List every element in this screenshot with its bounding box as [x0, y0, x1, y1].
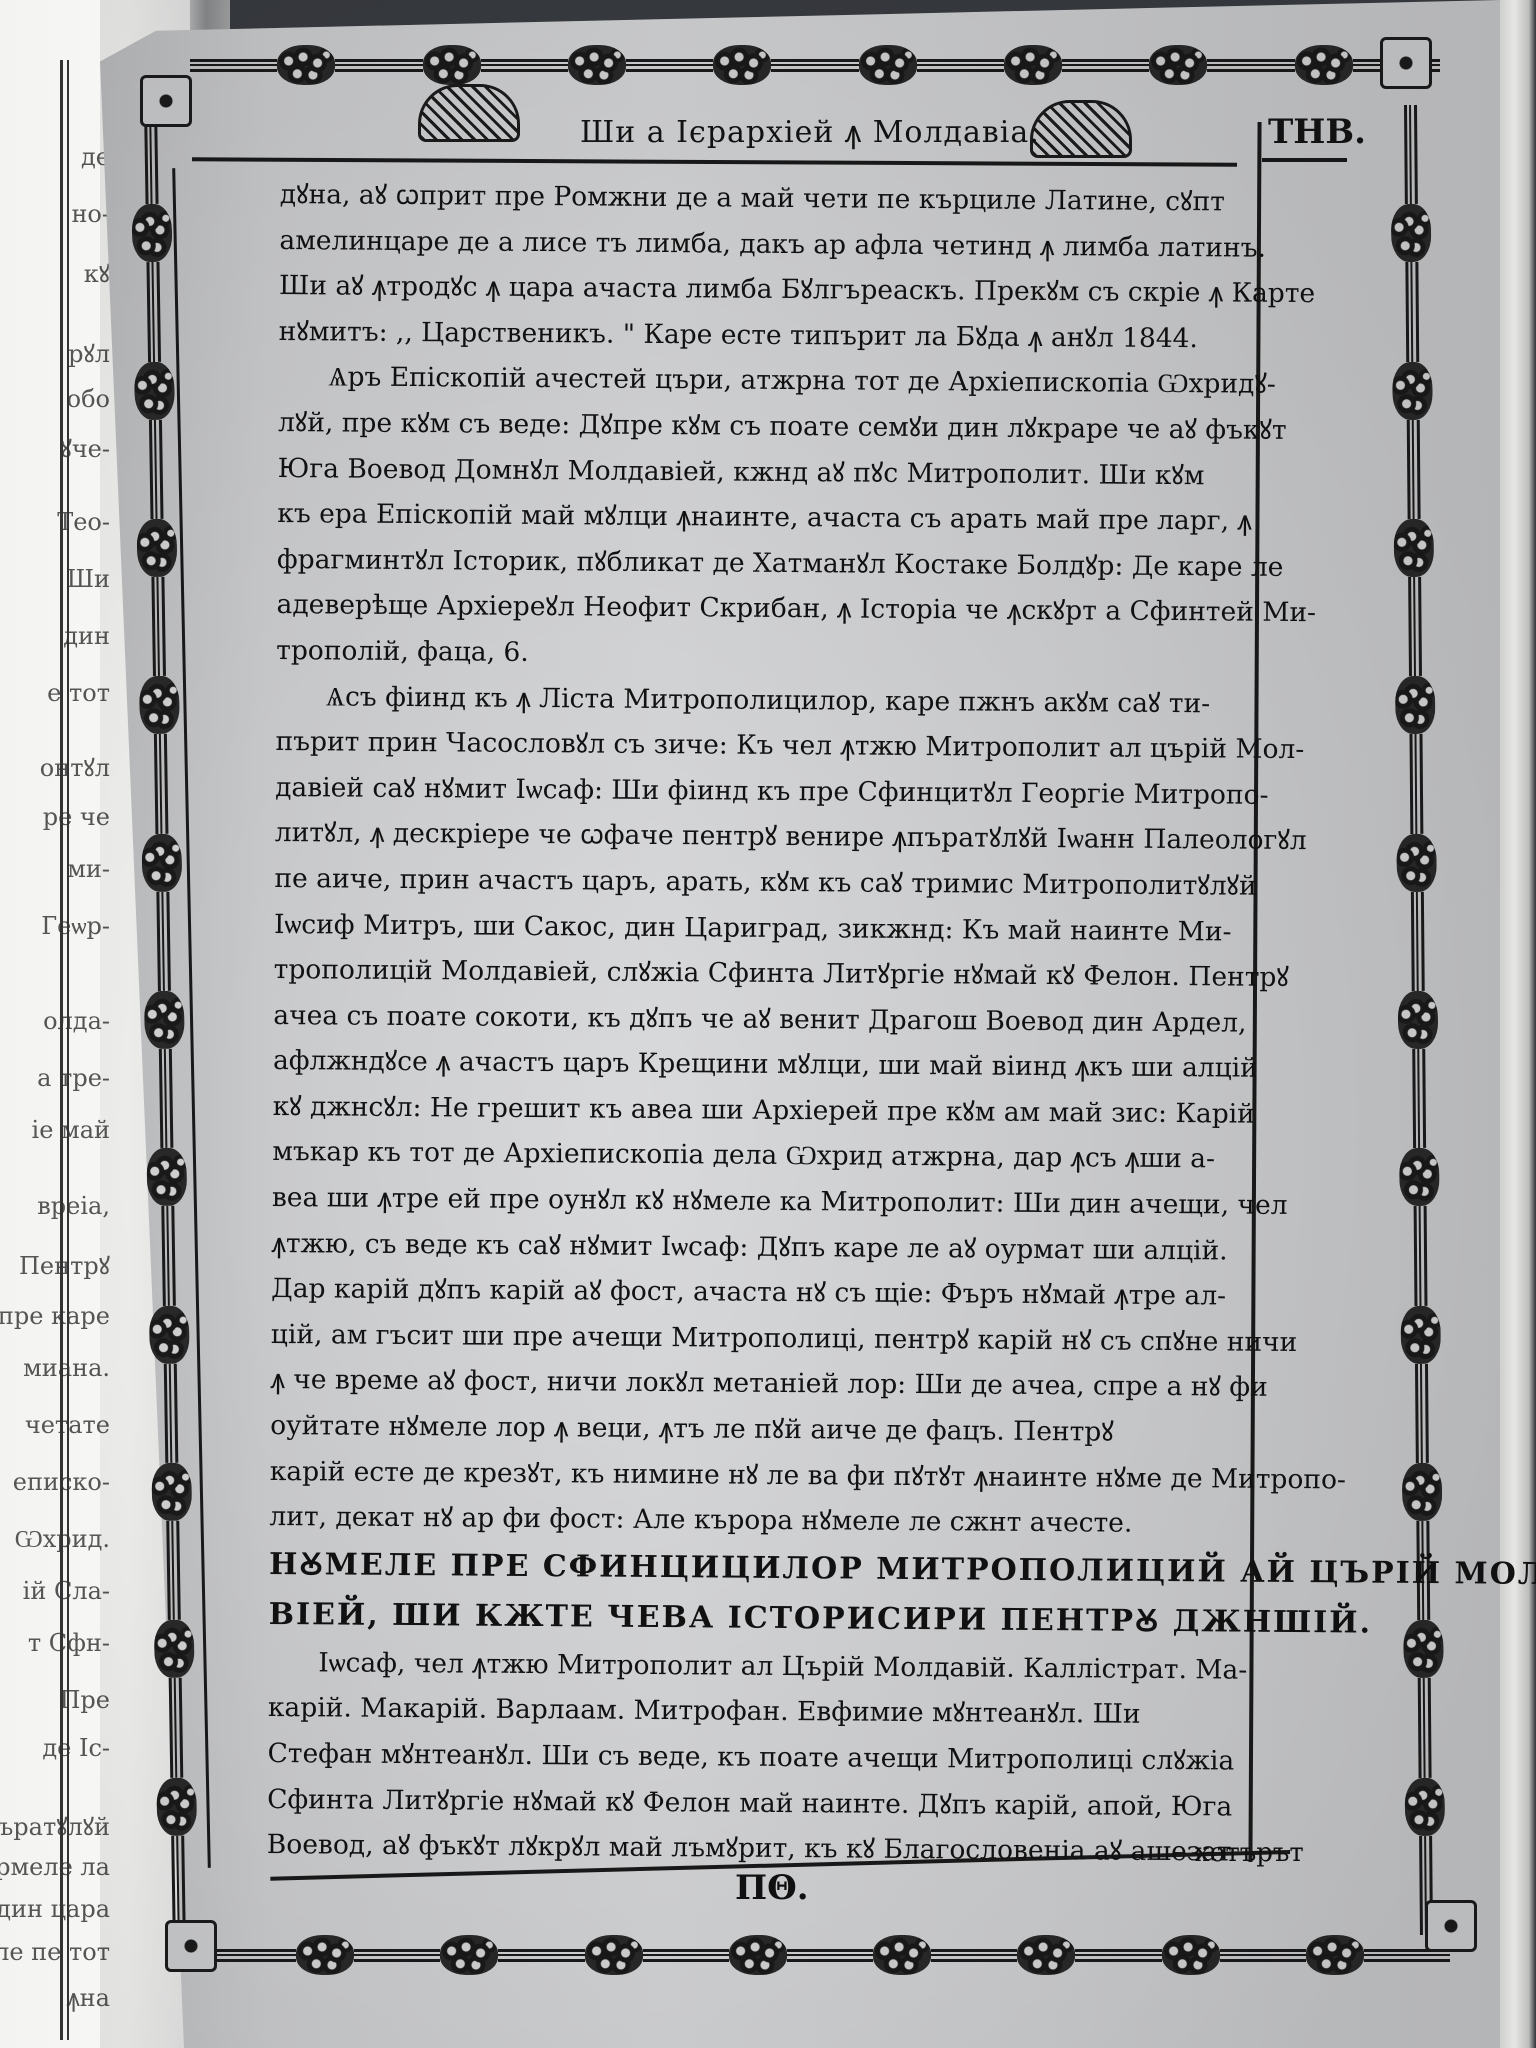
border-rope — [1407, 577, 1422, 676]
text-line: оуйтате нꙋмеле лор ꙟ веци, ꙟтъ ле пꙋй аи… — [270, 1403, 1255, 1456]
border-bead-cluster — [139, 676, 180, 735]
border-bead-cluster — [873, 1935, 931, 1975]
border-rope — [626, 58, 713, 72]
border-bead-cluster — [1403, 1620, 1444, 1678]
border-bead-cluster — [585, 1935, 643, 1975]
border-bead-cluster — [1398, 991, 1439, 1049]
border-bead-cluster — [1162, 1935, 1220, 1975]
border-bead-cluster — [156, 1777, 197, 1836]
border-bead-cluster — [729, 1935, 787, 1975]
left-page-ornamental-border — [50, 60, 80, 2040]
border-bottom — [210, 1935, 1450, 1975]
border-rope — [163, 1363, 179, 1463]
corner-ornament-bottom-left — [165, 1920, 217, 1972]
text-line: пе аиче, прин ачастъ царъ, арать, кꙋм къ… — [274, 856, 1259, 909]
border-rope — [210, 1948, 296, 1962]
headpiece-ornament-left — [418, 84, 520, 142]
border-bead-cluster — [568, 45, 626, 85]
folio-underline — [1262, 158, 1347, 162]
border-bead-cluster — [1405, 1777, 1446, 1835]
border-bead-cluster — [154, 1620, 195, 1679]
border-bead-cluster — [713, 45, 771, 85]
border-bead-cluster — [137, 519, 178, 578]
border-rope — [931, 1948, 1017, 1962]
text-line: трополицій Молдавіей, слꙋжіа Сфинта Литꙋ… — [274, 947, 1259, 1000]
catchword: хотърът — [1195, 1838, 1304, 1868]
corner-ornament-bottom-right — [1425, 1900, 1477, 1952]
border-rope — [1075, 1948, 1161, 1962]
border-bead-cluster — [134, 361, 175, 420]
border-rope — [335, 58, 422, 72]
border-bead-cluster — [440, 1935, 498, 1975]
border-bead-cluster — [296, 1935, 354, 1975]
border-bead-cluster — [1391, 204, 1432, 262]
border-rope — [168, 1678, 184, 1778]
border-rope — [1408, 734, 1423, 833]
text-line: цій, ам гъсит ши пре ачещи Митрополиці, … — [271, 1312, 1256, 1365]
corner-ornament-top-left — [140, 75, 192, 127]
text-line: Дар карій дꙋпъ карій аꙋ фост, ачаста нꙋ … — [271, 1266, 1256, 1319]
text-line: ачеа съ поате сокоти, къ дꙋпъ че аꙋ вени… — [273, 993, 1258, 1046]
border-bead-cluster — [859, 45, 917, 85]
text-line: Юга Воевод Домнꙋл Молдавіей, кжнд аꙋ пꙋс… — [277, 446, 1262, 499]
border-rope — [1411, 1049, 1426, 1148]
text-line: карій. Макарій. Варлаам. Митрофан. Евфим… — [268, 1685, 1253, 1738]
text-line: дꙋна, аꙋ ꙍприт пре Ромжни де а май чети … — [280, 172, 1265, 225]
border-rope — [155, 891, 171, 991]
border-rope — [158, 1049, 174, 1149]
page-number-bottom: ПΘ. — [735, 1868, 809, 1908]
border-rope — [1403, 105, 1418, 204]
border-rope — [1406, 420, 1421, 519]
border-bead-cluster — [132, 204, 173, 263]
text-line: Ѧръ Епіскопій ачестей църи, атжрна тот д… — [278, 354, 1263, 407]
border-rope — [787, 1948, 873, 1962]
border-bead-cluster — [1402, 1463, 1443, 1521]
border-rope — [354, 1948, 440, 1962]
text-line: ꙟтжю, съ веде къ саꙋ нꙋмит Іѡсаф: Дꙋпъ к… — [271, 1221, 1256, 1274]
border-rope — [148, 420, 164, 520]
text-line: афлжндꙋсе ꙟ ачастъ царъ Крещини мꙋлци, ш… — [273, 1038, 1258, 1091]
section-heading-line: ВІЕЙ, ШИ КЖТЕ ЧЕВА ІСТОРИСИРИ ПЕНТРꙊ ДЖН… — [268, 1590, 1253, 1648]
text-line: Сфинта Литꙋргіе нꙋмай кꙋ Фелон май наинт… — [267, 1777, 1252, 1830]
border-bead-cluster — [1392, 361, 1433, 419]
border-rope — [165, 1521, 181, 1621]
text-line: давіей саꙋ нꙋмит Іѡсаф: Ши фіинд къ пре … — [275, 765, 1260, 818]
border-bead-cluster — [1394, 519, 1435, 577]
text-line: Іѡсиф Митръ, ши Сакос, дин Цариград, зик… — [274, 901, 1259, 954]
border-bead-cluster — [1149, 45, 1207, 85]
border-rope — [498, 1948, 584, 1962]
text-line: карій есте де крезꙋт, къ нимине нꙋ ле ва… — [270, 1449, 1255, 1502]
border-bead-cluster — [1295, 45, 1353, 85]
page-number-top: ТНВ. — [1268, 112, 1366, 152]
text-line: къ ера Епіскопій май мꙋлци ꙟнаинте, ачас… — [277, 491, 1262, 544]
border-rope — [160, 1206, 176, 1306]
border-bead-cluster — [1400, 1305, 1441, 1363]
border-rope — [1413, 1206, 1428, 1305]
text-line: Стефан мꙋнтеанꙋл. Ши съ веде, къ поате а… — [267, 1731, 1252, 1784]
text-line: Ши аꙋ ꙟтродꙋс ꙟ цара ачаста лимба Бꙋлгър… — [279, 263, 1264, 316]
border-rope — [481, 58, 568, 72]
border-bead-cluster — [146, 1148, 187, 1207]
headpiece-ornament-right — [1030, 100, 1132, 158]
text-line: кꙋ джнсꙋл: Не грешит къ авеа ши Архіерей… — [272, 1084, 1257, 1137]
page-edge — [1500, 0, 1536, 2048]
body-text: дꙋна, аꙋ ꙍприт пре Ромжни де а май чети … — [267, 172, 1265, 1875]
border-bead-cluster — [1306, 1935, 1364, 1975]
corner-ornament-top-right — [1380, 37, 1432, 89]
border-bead-cluster — [277, 45, 335, 85]
border-bead-cluster — [1395, 676, 1436, 734]
border-rope — [1417, 1678, 1432, 1777]
section-heading-line: НꙊМЕЛЕ ПРЕ СФИНЦИЦИЛОР МИТРОПОЛИЦИЙ АЙ Ц… — [269, 1540, 1254, 1598]
border-rope — [917, 58, 1004, 72]
border-bead-cluster — [1396, 833, 1437, 891]
text-line: адеверѣще Архіерeꙋл Неофит Скрибан, ꙟ Іс… — [276, 582, 1261, 635]
border-rope — [153, 734, 169, 834]
text-line: трополій, фаца, 6. — [276, 628, 1261, 681]
text-line: амелинцаре де а лисе тъ лимба, дакъ ар а… — [279, 218, 1264, 271]
text-line: нꙋмитъ: ,, Царственикъ. " Каре есте типъ… — [279, 309, 1264, 362]
border-rope — [1220, 1948, 1306, 1962]
text-line: лꙋй, пре кꙋм съ веде: Дꙋпре кꙋм съ поате… — [278, 400, 1263, 453]
border-bead-cluster — [1004, 45, 1062, 85]
text-line: фрагминтꙋл Історик, пꙋбликат де Хатманꙋл… — [277, 537, 1262, 590]
text-line: лит, декат нꙋ ар фи фост: Але кърора нꙋм… — [269, 1494, 1254, 1547]
border-bead-cluster — [423, 45, 481, 85]
text-line: Ѧсъ фіинд къ ꙟ Ліста Митрополицилор, кар… — [276, 674, 1261, 727]
text-line: веа ши ꙟтре ей пре оунꙋл кꙋ нꙋмеле ка Ми… — [272, 1175, 1257, 1228]
border-bead-cluster — [151, 1462, 192, 1521]
running-head: Ши а Ієрархіей ꙟ Молдавіа. — [580, 110, 1040, 151]
text-line: пърит прин Часословꙋл съ зиче: Къ чел ꙟт… — [275, 719, 1260, 772]
border-rope — [643, 1948, 729, 1962]
border-rope — [1410, 892, 1425, 991]
border-rope — [150, 577, 166, 677]
border-rope — [1414, 1364, 1429, 1463]
border-bead-cluster — [144, 991, 185, 1050]
border-bead-cluster — [1017, 1935, 1075, 1975]
border-rope — [1062, 58, 1149, 72]
border-bead-cluster — [1399, 1148, 1440, 1206]
text-line: ꙟ че времe аꙋ фост, ничи локꙋл метаніей … — [270, 1357, 1255, 1410]
text-line: литꙋл, ꙟ дескріере че ꙍфаче пентрꙋ венир… — [275, 810, 1260, 863]
border-bead-cluster — [149, 1305, 190, 1364]
border-rope — [190, 58, 277, 72]
border-rope — [1404, 262, 1419, 361]
left-page-fragment: кꙋ — [84, 257, 110, 290]
border-rope — [145, 262, 161, 362]
border-right — [1390, 105, 1446, 1935]
text-line: мъкар къ тот де Архіепископіа дела Ѡхрид… — [272, 1129, 1257, 1182]
text-line: Іѡсаф, чел ꙟтжю Митрополит ал Църій Молд… — [268, 1640, 1253, 1693]
border-rope — [1207, 58, 1294, 72]
section-heading: НꙊМЕЛЕ ПРЕ СФИНЦИЦИЛОР МИТРОПОЛИЦИЙ АЙ Ц… — [268, 1540, 1254, 1648]
border-bead-cluster — [141, 833, 182, 892]
border-top — [190, 45, 1440, 85]
border-rope — [771, 58, 858, 72]
